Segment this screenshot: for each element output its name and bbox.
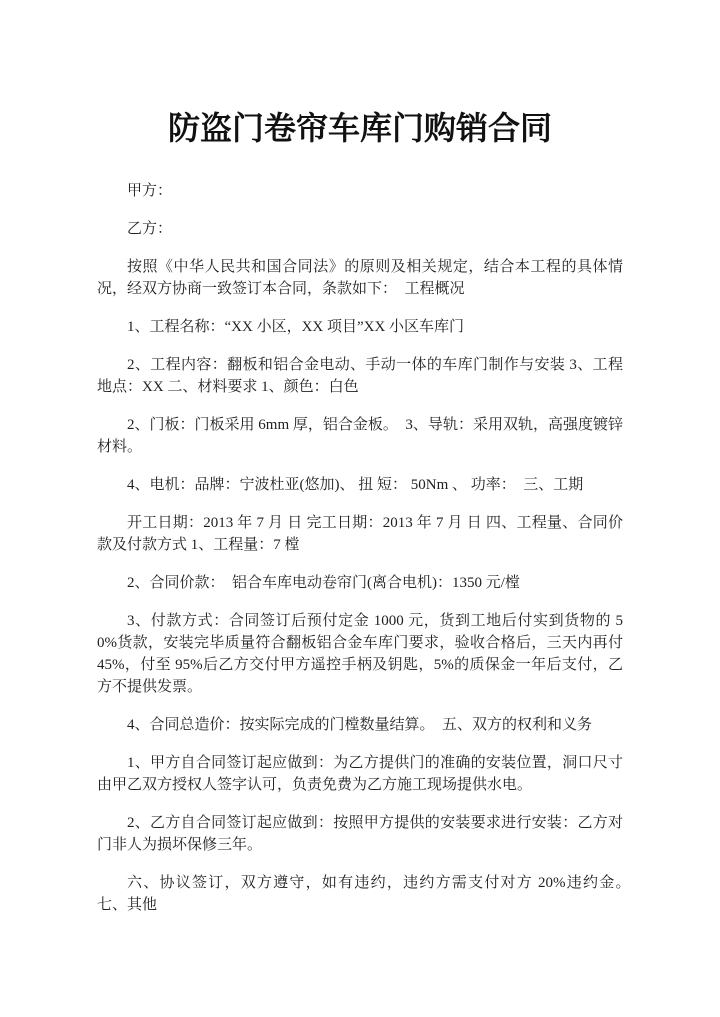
paragraph-total-price: 4、合同总造价：按实际完成的门樘数量结算。 五、双方的权利和义务 (97, 714, 623, 736)
paragraph-party-a-obligations: 1、甲方自合同签订起应做到：为乙方提供门的准确的安装位置，洞口尺寸由甲乙双方授权… (97, 752, 623, 796)
paragraph-breach-clause: 六、协议签订，双方遵守，如有违约，违约方需支付对方 20%违约金。 七、其他 (97, 872, 623, 916)
paragraph-payment-terms: 3、付款方式：合同签订后预付定金 1000 元，货到工地后付实到货物的 50%货… (97, 610, 623, 698)
paragraph-preamble: 按照《中华人民共和国合同法》的原则及相关规定，结合本工程的具体情况，经双方协商一… (97, 256, 623, 300)
document-title: 防盗门卷帘车库门购销合同 (97, 106, 623, 150)
contract-document-page: 防盗门卷帘车库门购销合同 甲方： 乙方： 按照《中华人民共和国合同法》的原则及相… (0, 0, 720, 1017)
paragraph-dates-quantity: 开工日期：2013 年 7 月 日 完工日期：2013 年 7 月 日 四、工程… (97, 512, 623, 556)
party-b-line: 乙方： (97, 218, 623, 240)
paragraph-door-panel: 2、门板：门板采用 6mm 厚，铝合金板。 3、导轨：采用双轨，高强度镀锌材料。 (97, 414, 623, 458)
paragraph-motor: 4、电机：品牌：宁波杜亚(悠加)、 扭 短： 50Nm 、 功率： 三、工期 (97, 474, 623, 496)
paragraph-project-content: 2、工程内容：翻板和铝合金电动、手动一体的车库门制作与安装 3、工程地点：XX … (97, 354, 623, 398)
paragraph-contract-price: 2、合同价款： 铝合车库电动卷帘门(离合电机)：1350 元/樘 (97, 572, 623, 594)
party-a-line: 甲方： (97, 180, 623, 202)
paragraph-party-b-obligations: 2、乙方自合同签订起应做到：按照甲方提供的安装要求进行安装：乙方对门非人为损坏保… (97, 812, 623, 856)
paragraph-project-name: 1、工程名称：“XX 小区，XX 项目”XX 小区车库门 (97, 316, 623, 338)
